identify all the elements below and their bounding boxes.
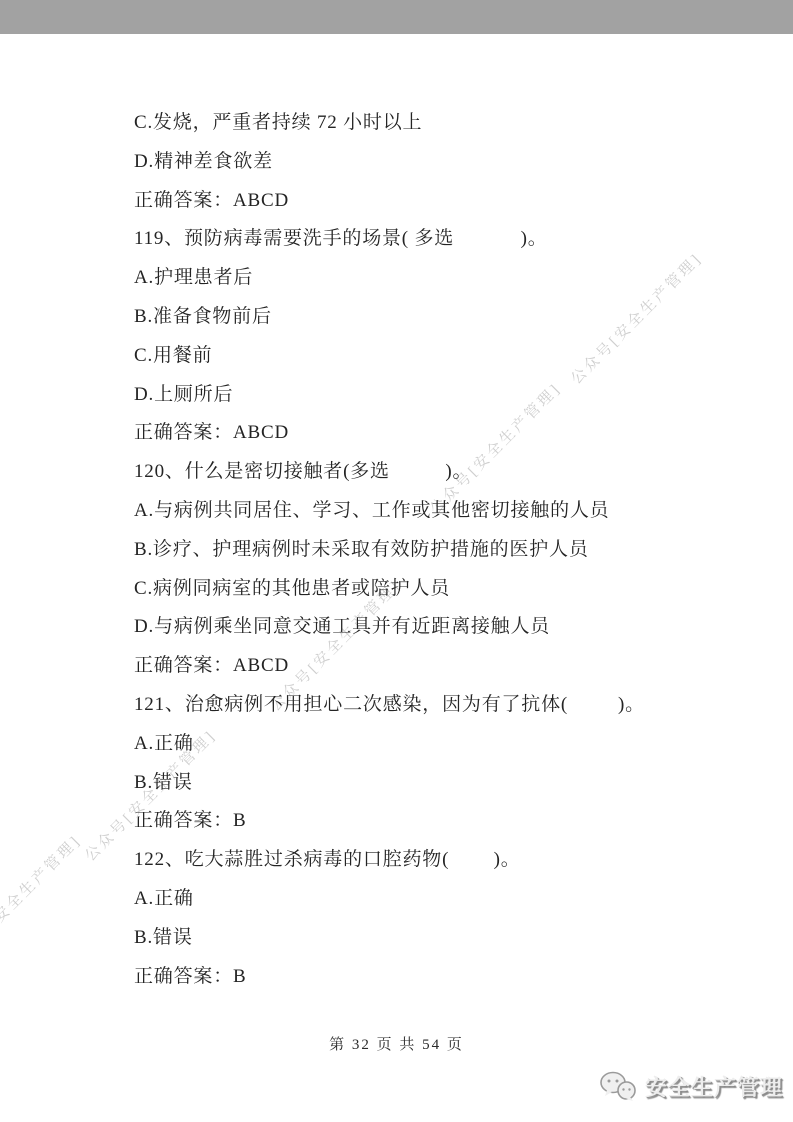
document-line: 正确答案：B [134,966,754,988]
document-line: B.错误 [134,772,754,794]
document-line: 119、预防病毒需要洗手的场景( 多选 )。 [134,228,754,250]
page-number: 第 32 页 共 54 页 [0,1033,793,1054]
document-line: A.与病例共同居住、学习、工作或其他密切接触的人员 [134,500,754,522]
document-line: B.准备食物前后 [134,306,754,328]
document-line: 正确答案：ABCD [134,422,754,444]
document-line: 正确答案：ABCD [134,190,754,212]
document-line: D.精神差食欲差 [134,151,754,173]
wechat-icon [599,1070,637,1102]
document-line: C.发烧，严重者持续 72 小时以上 [134,112,754,134]
document-line: A.正确 [134,888,754,910]
document-line: B.诊疗、护理病例时未采取有效防护措施的医护人员 [134,539,754,561]
document-line: 120、什么是密切接触者(多选 )。 [134,461,754,483]
document-lines: C.发烧，严重者持续 72 小时以上D.精神差食欲差正确答案：ABCD119、预… [134,112,754,1004]
top-bar [0,0,793,34]
document-line: C.病例同病室的其他患者或陪护人员 [134,578,754,600]
brand-label: 安全生产管理 [645,1071,783,1102]
document-line: D.上厕所后 [134,384,754,406]
document-line: 正确答案：B [134,810,754,832]
document-line: 122、吃大蒜胜过杀病毒的口腔药物( )。 [134,849,754,871]
document-line: 正确答案：ABCD [134,655,754,677]
document-line: B.错误 [134,927,754,949]
document-line: C.用餐前 [134,345,754,367]
document-line: 121、治愈病例不用担心二次感染，因为有了抗体( )。 [134,694,754,716]
document-line: A.正确 [134,733,754,755]
brand-logo: 安全生产管理 [599,1070,783,1102]
document-line: A.护理患者后 [134,267,754,289]
watermark-text: 公众号[安全生产管理] [0,830,85,971]
document-page: { "page": { "top_bar_color": "#a2a2a2", … [0,0,793,1122]
document-line: D.与病例乘坐同意交通工具并有近距离接触人员 [134,616,754,638]
